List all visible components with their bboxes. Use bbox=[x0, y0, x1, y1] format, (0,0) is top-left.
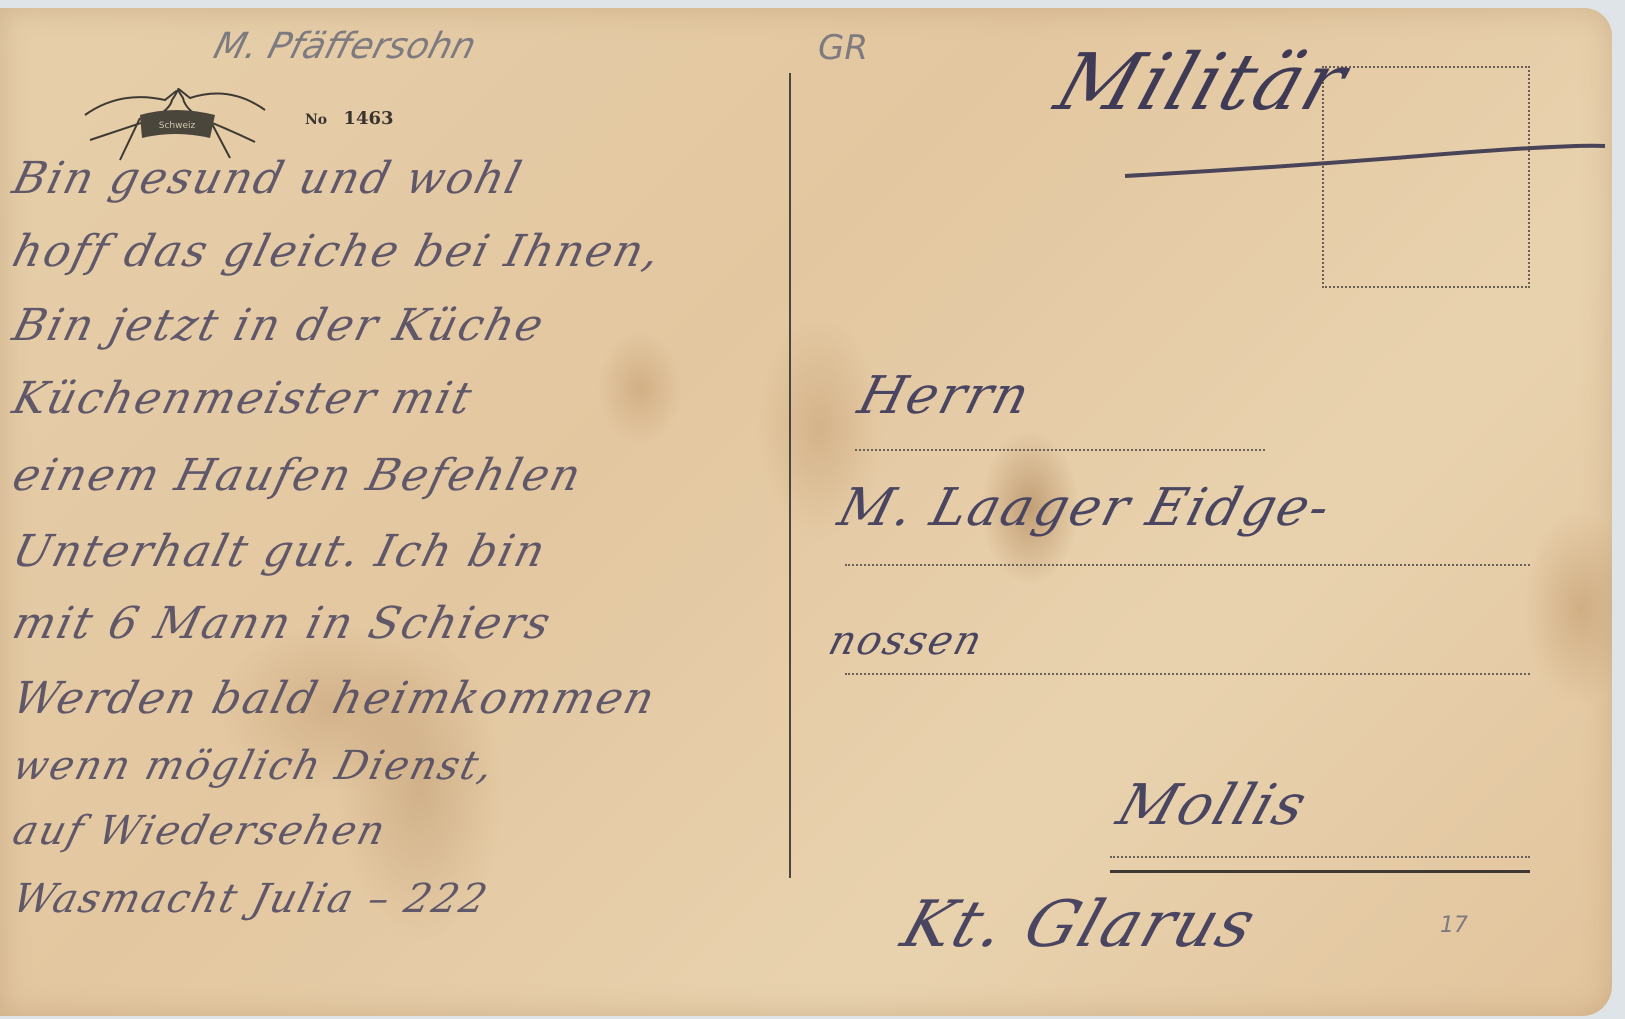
address-dotted-line bbox=[845, 564, 1530, 566]
pencil-note-top-left: M. Pfäffersohn bbox=[210, 26, 481, 67]
center-divider bbox=[789, 73, 791, 878]
pencil-note-corner: 17 bbox=[1440, 913, 1468, 938]
card-number-value: 1463 bbox=[343, 108, 393, 129]
postcard-back: Schweiz No 1463 M. Pfäffersohn GR 17 Bin… bbox=[0, 8, 1612, 1016]
message-line: Werden bald heimkommen bbox=[8, 673, 662, 724]
message-line: wenn möglich Dienst, bbox=[8, 743, 499, 789]
address-solid-line bbox=[1110, 870, 1530, 873]
address-line: M. Laager Eidge- bbox=[832, 478, 1338, 538]
card-number: No 1463 bbox=[305, 108, 394, 129]
message-line: einem Haufen Befehlen bbox=[8, 450, 588, 501]
svg-text:Schweiz: Schweiz bbox=[159, 121, 196, 131]
address-dotted-line bbox=[845, 673, 1530, 675]
address-dotted-line bbox=[855, 449, 1265, 451]
message-line: Bin gesund und wohl bbox=[8, 153, 528, 204]
message-line: mit 6 Mann in Schiers bbox=[8, 598, 557, 649]
message-line: Unterhalt gut. Ich bin bbox=[8, 526, 552, 577]
address-line: Kt. Glarus bbox=[893, 888, 1266, 962]
pencil-note-gr: GR bbox=[818, 28, 868, 68]
message-line: Wasmacht Julia – 222 bbox=[8, 876, 493, 922]
card-number-label: No bbox=[305, 112, 327, 128]
address-line: nossen bbox=[824, 618, 989, 664]
message-line: hoff das gleiche bei Ihnen, bbox=[8, 226, 667, 277]
address-dotted-line bbox=[1110, 856, 1530, 858]
message-line: auf Wiedersehen bbox=[8, 808, 391, 854]
message-line: Bin jetzt in der Küche bbox=[8, 300, 551, 351]
underline-stroke bbox=[1120, 128, 1610, 188]
address-line: Herrn bbox=[852, 366, 1037, 426]
message-line: Küchenmeister mit bbox=[8, 373, 479, 424]
address-header-militaer: Militär bbox=[1045, 38, 1358, 128]
address-line: Mollis bbox=[1109, 773, 1316, 838]
